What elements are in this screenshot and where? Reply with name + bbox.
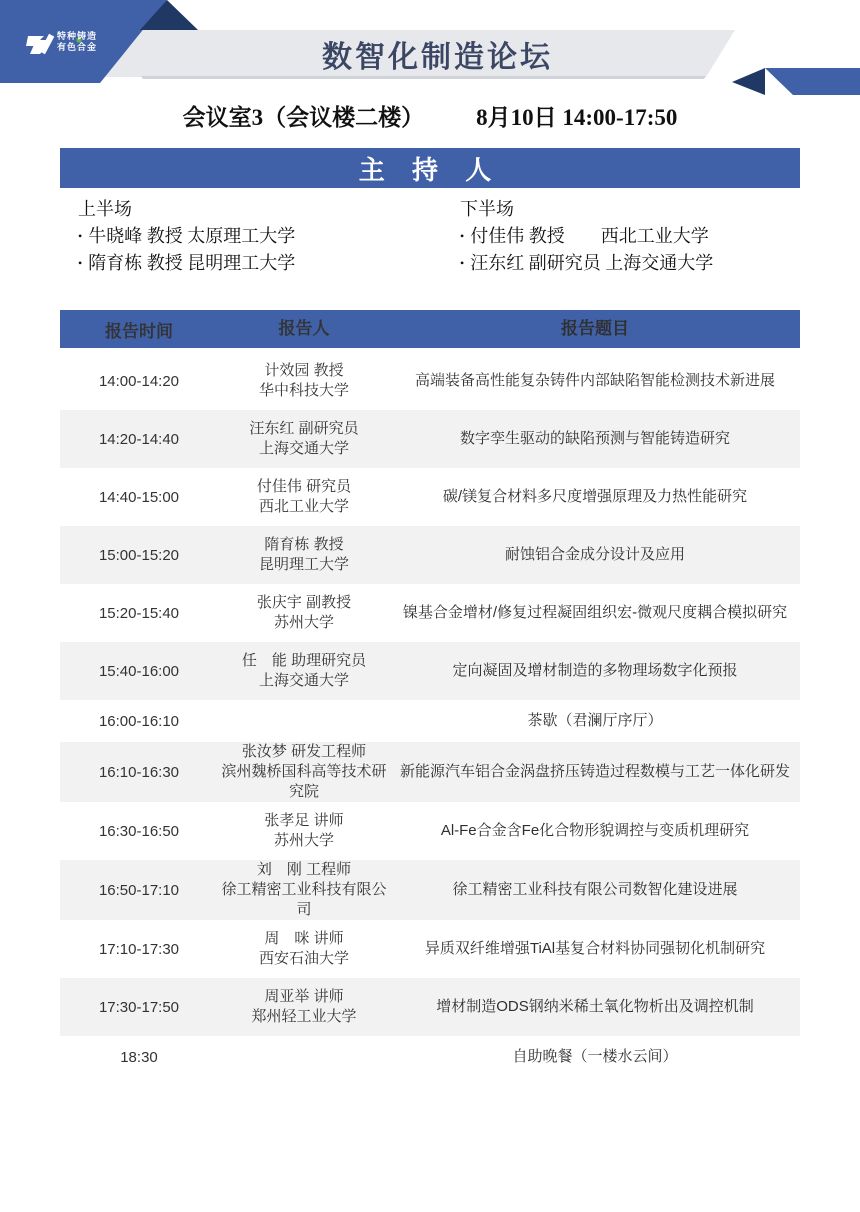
table-row: 16:30-16:50张孝足 讲师苏州大学Al-Fe合金含Fe化合物形貌调控与变… <box>60 802 800 860</box>
talk-title: Al-Fe合金含Fe化合物形貌调控与变质机理研究 <box>390 817 800 845</box>
moderator-text: 汪东红 副研究员 上海交通大学 <box>470 253 713 273</box>
talk-title: 茶歇（君澜厅序厅） <box>390 707 800 735</box>
session-time: 15:40-16:00 <box>60 663 218 680</box>
bullet-icon: • <box>78 229 82 243</box>
session-subtitle: 会议室3（会议楼二楼） 8月10日 14:00-17:50 <box>0 98 860 132</box>
moderator-text: 牛晓峰 教授 太原理工大学 <box>88 226 295 246</box>
speaker-affiliation: 西安石油大学 <box>259 949 349 969</box>
talk-title: 异质双纤维增强TiAl基复合材料协同强韧化机制研究 <box>390 935 800 963</box>
table-row: 14:20-14:40汪东红 副研究员上海交通大学数字孪生驱动的缺陷预测与智能铸… <box>60 410 800 468</box>
table-header-row: 报告时间 报告人 报告题目 <box>60 310 800 348</box>
speaker-name: 周亚举 讲师 <box>264 987 343 1007</box>
table-row: 18:30自助晚餐（一楼水云间） <box>60 1036 800 1078</box>
table-row: 16:00-16:10茶歇（君澜厅序厅） <box>60 700 800 742</box>
speaker-affiliation: 徐工精密工业科技有限公司 <box>220 880 388 920</box>
session-time: 15:20-15:40 <box>60 605 218 622</box>
talk-title: 定向凝固及增材制造的多物理场数字化预报 <box>390 657 800 685</box>
talk-title: 数字孪生驱动的缺陷预测与智能铸造研究 <box>390 425 800 453</box>
first-half-list: •牛晓峰 教授 太原理工大学•隋育栋 教授 昆明理工大学 <box>78 223 460 277</box>
session-time: 14:00-14:20 <box>60 373 218 390</box>
speaker-name: 刘 刚 工程师 <box>257 860 351 880</box>
column-header-time: 报告时间 <box>60 317 218 342</box>
table-row: 14:00-14:20计效园 教授华中科技大学高端装备高性能复杂铸件内部缺陷智能… <box>60 352 800 410</box>
speaker-cell: 张庆宇 副教授苏州大学 <box>218 593 390 633</box>
schedule-table: 报告时间 报告人 报告题目 14:00-14:20计效园 教授华中科技大学高端装… <box>60 310 800 1078</box>
talk-title: 增材制造ODS钢纳米稀土氧化物析出及调控机制 <box>390 993 800 1021</box>
speaker-cell: 刘 刚 工程师徐工精密工业科技有限公司 <box>218 860 390 920</box>
table-body: 14:00-14:20计效园 教授华中科技大学高端装备高性能复杂铸件内部缺陷智能… <box>60 352 800 1078</box>
first-half-label: 上半场 <box>78 196 460 223</box>
session-time: 18:30 <box>60 1049 218 1066</box>
speaker-affiliation: 上海交通大学 <box>259 671 349 691</box>
column-header-speaker: 报告人 <box>218 319 390 339</box>
speaker-affiliation: 苏州大学 <box>274 831 334 851</box>
talk-title: 镍基合金增材/修复过程凝固组织宏-微观尺度耦合模拟研究 <box>390 599 800 627</box>
table-row: 16:10-16:30张汝梦 研发工程师滨州魏桥国科高等技术研究院新能源汽车铝合… <box>60 742 800 802</box>
logo-caption-line1: 特种铸造 <box>57 31 127 42</box>
talk-title: 碳/镁复合材料多尺度增强原理及力热性能研究 <box>390 483 800 511</box>
session-time: 16:00-16:10 <box>60 713 218 730</box>
speaker-affiliation: 上海交通大学 <box>259 439 349 459</box>
talk-title: 耐蚀铝合金成分设计及应用 <box>390 541 800 569</box>
speaker-cell: 周亚举 讲师郑州轻工业大学 <box>218 987 390 1027</box>
table-row: 16:50-17:10刘 刚 工程师徐工精密工业科技有限公司徐工精密工业科技有限… <box>60 860 800 920</box>
speaker-affiliation: 滨州魏桥国科高等技术研究院 <box>220 762 388 802</box>
speaker-name: 汪东红 副研究员 <box>249 419 358 439</box>
datetime-label: 8月10日 14:00-17:50 <box>476 99 677 132</box>
speaker-affiliation: 昆明理工大学 <box>259 555 349 575</box>
speaker-cell: 付佳伟 研究员西北工业大学 <box>218 477 390 517</box>
second-half-column: 下半场 •付佳伟 教授 西北工业大学•汪东红 副研究员 上海交通大学 <box>460 196 800 277</box>
moderator-item: •牛晓峰 教授 太原理工大学 <box>78 223 460 250</box>
speaker-name: 张孝足 讲师 <box>264 811 343 831</box>
talk-title: 自助晚餐（一楼水云间） <box>390 1043 800 1071</box>
speaker-name: 付佳伟 研究员 <box>257 477 351 497</box>
right-ribbon <box>765 68 860 95</box>
speaker-name: 计效园 教授 <box>264 361 343 381</box>
talk-title: 高端装备高性能复杂铸件内部缺陷智能检测技术新进展 <box>390 367 800 395</box>
column-header-title: 报告题目 <box>390 315 800 343</box>
forum-title: 数智化制造论坛 <box>150 30 725 77</box>
speaker-name: 任 能 助理研究员 <box>242 651 366 671</box>
table-row: 15:20-15:40张庆宇 副教授苏州大学镍基合金增材/修复过程凝固组织宏-微… <box>60 584 800 642</box>
speaker-affiliation: 苏州大学 <box>274 613 334 633</box>
speaker-cell: 计效园 教授华中科技大学 <box>218 361 390 401</box>
session-time: 15:00-15:20 <box>60 547 218 564</box>
bullet-icon: • <box>460 229 464 243</box>
speaker-cell: 张汝梦 研发工程师滨州魏桥国科高等技术研究院 <box>218 742 390 802</box>
moderator-item: •付佳伟 教授 西北工业大学 <box>460 223 800 250</box>
second-half-list: •付佳伟 教授 西北工业大学•汪东红 副研究员 上海交通大学 <box>460 223 800 277</box>
speaker-affiliation: 郑州轻工业大学 <box>251 1007 356 1027</box>
speaker-name: 隋育栋 教授 <box>264 535 343 555</box>
speaker-name: 张汝梦 研发工程师 <box>242 742 366 762</box>
speaker-name: 张庆宇 副教授 <box>257 593 351 613</box>
moderator-item: •隋育栋 教授 昆明理工大学 <box>78 250 460 277</box>
table-row: 14:40-15:00付佳伟 研究员西北工业大学碳/镁复合材料多尺度增强原理及力… <box>60 468 800 526</box>
speaker-name: 周 咪 讲师 <box>264 929 343 949</box>
table-row: 15:00-15:20隋育栋 教授昆明理工大学耐蚀铝合金成分设计及应用 <box>60 526 800 584</box>
speaker-cell: 隋育栋 教授昆明理工大学 <box>218 535 390 575</box>
session-time: 17:10-17:30 <box>60 941 218 958</box>
program-page: 数智化制造论坛 特种铸造 有色合金 会议室3（会议楼二楼） 8月10日 14:0… <box>0 0 860 1212</box>
session-time: 14:20-14:40 <box>60 431 218 448</box>
table-row: 17:30-17:50周亚举 讲师郑州轻工业大学增材制造ODS钢纳米稀土氧化物析… <box>60 978 800 1036</box>
moderator-banner-label: 主 持 人 <box>359 150 501 187</box>
speaker-cell: 周 咪 讲师西安石油大学 <box>218 929 390 969</box>
table-row: 17:10-17:30周 咪 讲师西安石油大学异质双纤维增强TiAl基复合材料协… <box>60 920 800 978</box>
moderator-item: •汪东红 副研究员 上海交通大学 <box>460 250 800 277</box>
logo-caption-line2: 有色合金 <box>57 42 127 53</box>
moderator-text: 隋育栋 教授 昆明理工大学 <box>88 253 295 273</box>
session-time: 16:10-16:30 <box>60 764 218 781</box>
session-time: 14:40-15:00 <box>60 489 218 506</box>
talk-title: 新能源汽车铝合金涡盘挤压铸造过程数模与工艺一体化研发 <box>390 758 800 786</box>
speaker-affiliation: 华中科技大学 <box>259 381 349 401</box>
speaker-affiliation: 西北工业大学 <box>259 497 349 517</box>
session-time: 16:30-16:50 <box>60 823 218 840</box>
right-fold-triangle <box>732 68 765 95</box>
moderator-banner: 主 持 人 <box>60 148 800 188</box>
session-time: 16:50-17:10 <box>60 882 218 899</box>
speaker-cell: 汪东红 副研究员上海交通大学 <box>218 419 390 459</box>
session-time: 17:30-17:50 <box>60 999 218 1016</box>
bullet-icon: • <box>78 256 82 270</box>
speaker-cell: 张孝足 讲师苏州大学 <box>218 811 390 851</box>
talk-title: 徐工精密工业科技有限公司数智化建设进展 <box>390 876 800 904</box>
second-half-label: 下半场 <box>460 196 800 223</box>
table-row: 15:40-16:00任 能 助理研究员上海交通大学定向凝固及增材制造的多物理场… <box>60 642 800 700</box>
moderators-section: 上半场 •牛晓峰 教授 太原理工大学•隋育栋 教授 昆明理工大学 下半场 •付佳… <box>60 196 800 277</box>
first-half-column: 上半场 •牛晓峰 教授 太原理工大学•隋育栋 教授 昆明理工大学 <box>60 196 460 277</box>
speaker-cell: 任 能 助理研究员上海交通大学 <box>218 651 390 691</box>
bullet-icon: • <box>460 256 464 270</box>
moderator-text: 付佳伟 教授 西北工业大学 <box>470 226 709 246</box>
room-label: 会议室3（会议楼二楼） <box>183 99 425 132</box>
logo-caption: 特种铸造 有色合金 <box>57 31 127 53</box>
